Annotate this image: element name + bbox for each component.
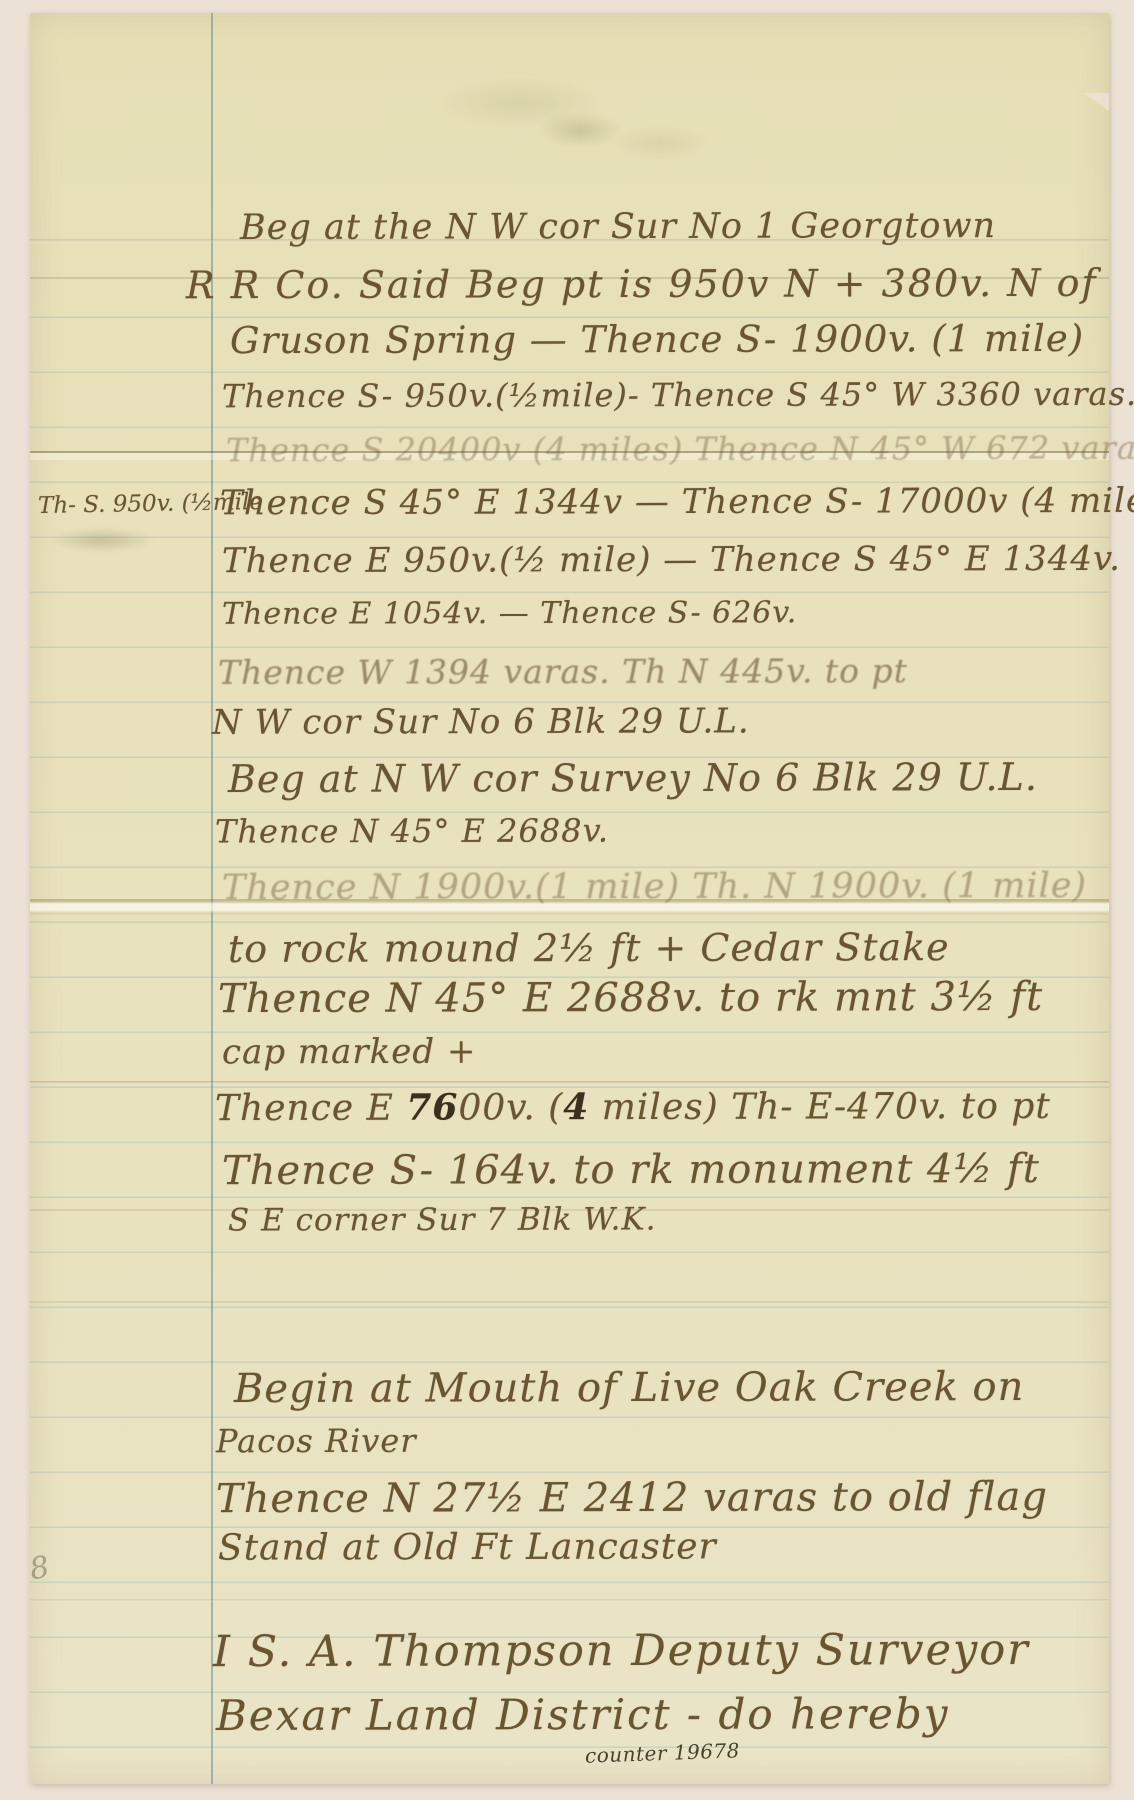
handwritten-line: N W cor Sur No 6 Blk 29 U.L.: [212, 701, 750, 743]
handwritten-line: Thence E 7600v. (4 miles) Th- E-470v. to…: [215, 1085, 1051, 1130]
handwritten-line: Thence W 1394 varas. Th N 445v. to pt: [218, 651, 908, 692]
handwritten-line: Thence N 45° E 2688v. to rk mnt 3½ ft: [218, 973, 1043, 1023]
handwritten-line: Stand at Old Ft Lancaster: [218, 1525, 717, 1569]
handwritten-line: Thence N 1900v.(1 mile) Th. N 1900v. (1 …: [222, 865, 1087, 909]
handwritten-line: Thence S- 164v. to rk monument 4½ ft: [222, 1145, 1040, 1195]
handwritten-line: cap marked +: [222, 1032, 477, 1073]
ink-text: Thence E: [215, 1088, 406, 1130]
handwritten-line: Thence S- 950v.(½mile)- Thence S 45° W 3…: [222, 375, 1134, 416]
handwritten-line: Bexar Land District - do hereby: [216, 1689, 950, 1741]
handwritten-line: Thence S 45° E 1344v — Thence S- 17000v …: [220, 481, 1134, 524]
handwritten-line: Thence E 950v.(½ mile) — Thence S 45° E …: [222, 539, 1121, 582]
overwritten-dark-ink: 76: [406, 1086, 458, 1128]
handwritten-line: Thence N 27½ E 2412 varas to old flag: [216, 1473, 1048, 1523]
handwritten-line: I S. A. Thompson Deputy Surveyor: [213, 1625, 1030, 1679]
handwriting-layer: Th- S. 950v. (½mile Beg at the N W cor S…: [30, 13, 1109, 1784]
overwritten-dark-ink: 4: [563, 1086, 589, 1128]
handwritten-line: S E corner Sur 7 Blk W.K.: [228, 1201, 657, 1239]
handwritten-line: Thence E 1054v. — Thence S- 626v.: [222, 595, 797, 633]
scanned-document: Th- S. 950v. (½mile Beg at the N W cor S…: [0, 0, 1134, 1800]
handwritten-line: Thence S 20400v (4 miles) Thence N 45° W…: [226, 429, 1134, 470]
ink-text: 00v. (: [458, 1087, 563, 1128]
handwritten-line: Pacos River: [216, 1422, 417, 1461]
handwritten-line: Beg at the N W cor Sur No 1 Georgtown: [240, 205, 996, 249]
handwritten-line: Gruson Spring — Thence S- 1900v. (1 mile…: [230, 317, 1084, 364]
handwritten-line: Begin at Mouth of Live Oak Creek on: [234, 1363, 1024, 1413]
handwritten-line: Thence N 45° E 2688v.: [215, 811, 609, 850]
handwritten-line: to rock mound 2½ ft + Cedar Stake: [228, 925, 950, 972]
handwritten-line: Beg at N W cor Survey No 6 Blk 29 U.L.: [228, 755, 1038, 803]
handwritten-line: R R Co. Said Beg pt is 950v N + 380v. N …: [186, 261, 1098, 309]
ink-text: miles) Th- E-470v. to pt: [589, 1086, 1051, 1128]
paper-sheet: Th- S. 950v. (½mile Beg at the N W cor S…: [30, 13, 1109, 1784]
